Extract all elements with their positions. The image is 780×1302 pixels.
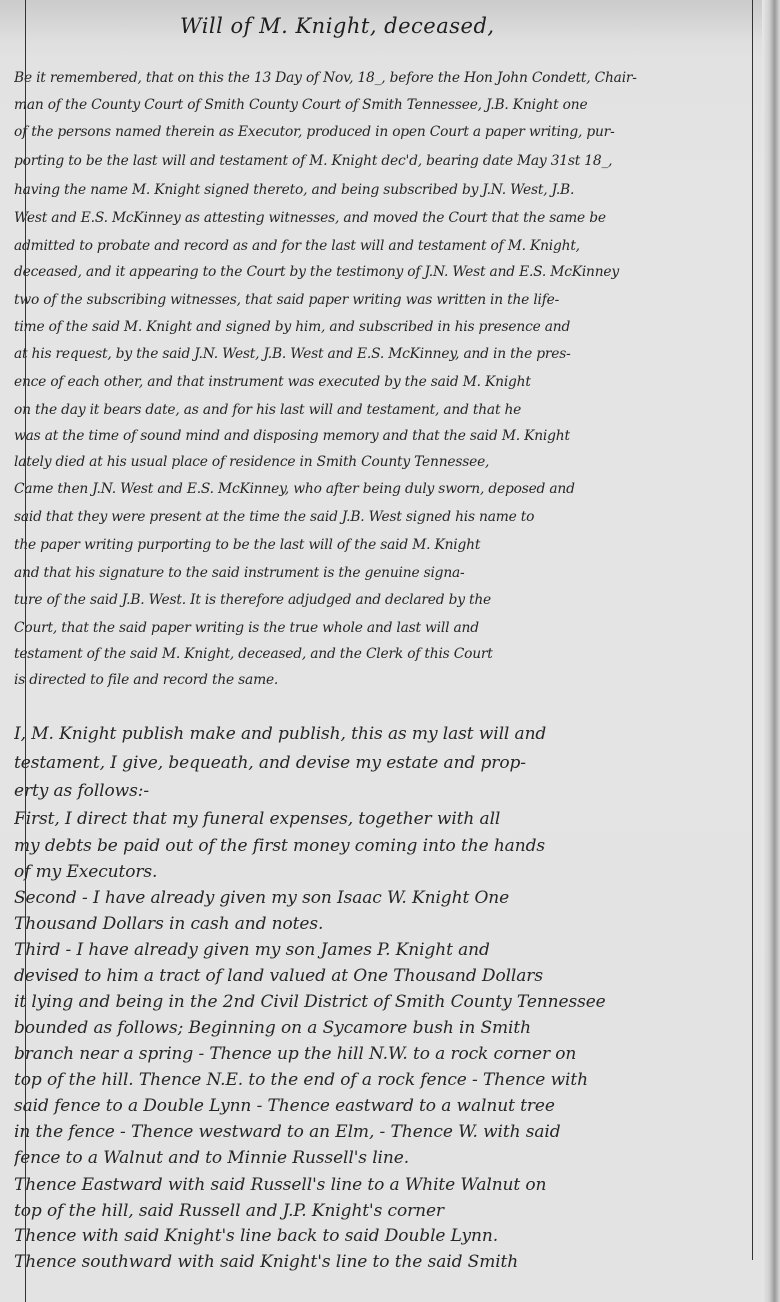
will-line: Third - I have already given my son Jame… (14, 940, 759, 960)
document-title: Will of M. Knight, deceased, (180, 14, 500, 38)
will-line: testament, I give, bequeath, and devise … (14, 753, 759, 773)
will-line: said fence to a Double Lynn - Thence eas… (14, 1096, 759, 1116)
will-line: Thousand Dollars in cash and notes. (14, 914, 759, 934)
will-line: devised to him a tract of land valued at… (14, 966, 759, 986)
will-line: branch near a spring - Thence up the hil… (14, 1044, 759, 1064)
probate-line: testament of the said M. Knight, decease… (14, 644, 759, 664)
will-line: in the fence - Thence westward to an Elm… (14, 1122, 759, 1142)
probate-line: two of the subscribing witnesses, that s… (14, 290, 759, 310)
will-line: it lying and being in the 2nd Civil Dist… (14, 992, 759, 1012)
will-line: bounded as follows; Beginning on a Sycam… (14, 1018, 759, 1038)
probate-line: at his request, by the said J.N. West, J… (14, 344, 759, 364)
probate-line: ture of the said J.B. West. It is theref… (14, 590, 759, 610)
will-line: top of the hill, said Russell and J.P. K… (14, 1201, 759, 1221)
probate-line: ence of each other, and that instrument … (14, 372, 759, 392)
will-line: fence to a Walnut and to Minnie Russell'… (14, 1148, 759, 1168)
probate-line: the paper writing purporting to be the l… (14, 535, 759, 555)
will-line: Second - I have already given my son Isa… (14, 888, 759, 908)
will-line: Thence southward with said Knight's line… (14, 1252, 759, 1272)
probate-line: deceased, and it appearing to the Court … (14, 262, 759, 282)
will-line: my debts be paid out of the first money … (14, 836, 759, 856)
will-line: Thence Eastward with said Russell's line… (14, 1175, 759, 1195)
probate-line: on the day it bears date, as and for his… (14, 400, 759, 420)
probate-line: said that they were present at the time … (14, 507, 759, 527)
probate-line: porting to be the last will and testamen… (14, 151, 759, 171)
probate-line: having the name M. Knight signed thereto… (14, 180, 759, 200)
will-line: First, I direct that my funeral expenses… (14, 809, 759, 829)
probate-line: Be it remembered, that on this the 13 Da… (14, 68, 759, 88)
probate-line: admitted to probate and record as and fo… (14, 236, 759, 256)
scanned-document-page: Will of M. Knight, deceased, Be it remem… (0, 0, 780, 1302)
probate-line: and that his signature to the said instr… (14, 563, 759, 583)
probate-line: Came then J.N. West and E.S. McKinney, w… (14, 479, 759, 499)
will-line: I, M. Knight publish make and publish, t… (14, 724, 759, 744)
probate-line: West and E.S. McKinney as attesting witn… (14, 208, 759, 228)
will-line: top of the hill. Thence N.E. to the end … (14, 1070, 759, 1090)
will-line: of my Executors. (14, 862, 759, 882)
probate-line: Court, that the said paper writing is th… (14, 618, 759, 638)
page-binding-edge (762, 0, 780, 1302)
probate-line: time of the said M. Knight and signed by… (14, 317, 759, 337)
will-line: Thence with said Knight's line back to s… (14, 1226, 759, 1246)
probate-line: is directed to file and record the same. (14, 670, 759, 690)
will-line: erty as follows:- (14, 781, 759, 801)
probate-line: of the persons named therein as Executor… (14, 122, 759, 142)
probate-line: was at the time of sound mind and dispos… (14, 426, 759, 446)
probate-line: man of the County Court of Smith County … (14, 95, 759, 115)
probate-line: lately died at his usual place of reside… (14, 452, 759, 472)
